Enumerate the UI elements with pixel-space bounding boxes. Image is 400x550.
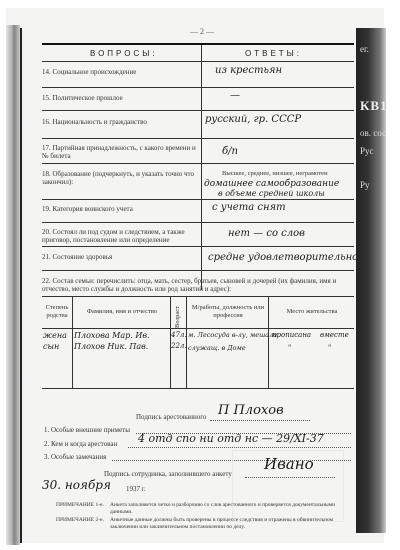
row-divider <box>42 110 354 111</box>
answer-21: средне удовлетворительное <box>208 252 364 263</box>
family-name: Плохов Ник. Пав. <box>74 342 148 351</box>
question-15: 15. Политическое прошлое <box>42 94 123 102</box>
question-20: 20. Состоял ли под судом и следствием, а… <box>42 228 197 244</box>
question-17: 17. Партийная принадлежность, с какого в… <box>42 144 197 160</box>
date-day-month: 30. ноября <box>42 478 111 492</box>
col-age: Возраст <box>174 306 181 328</box>
row-divider <box>42 270 354 271</box>
question-18: 18. Образование (подчеркнуть, и указать … <box>42 170 197 186</box>
officer-signature-line <box>245 477 335 478</box>
officer-signature-label: Подпись сотрудника, заполнившего анкету <box>104 470 232 478</box>
signature-line <box>210 420 310 421</box>
question-19: 19. Категория воинского учета <box>42 205 133 213</box>
family-residence: прописана <box>272 331 311 339</box>
family-table-top <box>42 296 354 297</box>
page-number: — 2 — <box>190 27 214 36</box>
row-divider <box>42 246 354 247</box>
binding-line <box>20 28 22 543</box>
question-14: 14. Социальное происхождение <box>42 68 136 76</box>
column-divider <box>268 296 269 388</box>
edge-fragment: ов. сос <box>360 128 386 138</box>
answer-14: из крестьян <box>215 65 282 76</box>
col-name: Фамилия, имя и отчество <box>74 308 170 316</box>
row-divider <box>42 138 354 139</box>
arrest-info: 4 отд спо ни отд нс — 29/XI-37 <box>138 432 324 445</box>
edge-fragment: ег. <box>360 44 369 54</box>
family-work: служащ. в Доме <box>188 344 246 352</box>
family-header-divider <box>42 328 354 329</box>
date-year: 1937 г. <box>126 485 146 493</box>
table-top-border <box>42 43 354 45</box>
col-relation: Степень родства <box>42 304 72 320</box>
note-1-label: ПРИМЕЧАНИЕ 1-е. <box>56 502 104 509</box>
family-residence: " <box>288 344 291 352</box>
family-age: 47л. <box>171 331 187 339</box>
adjacent-page-edge: ег. КВ1 ов. сос Рус Ру <box>356 28 386 533</box>
col-residence: Место жительства <box>270 308 354 316</box>
note-2-text: Анкетные данные должны быть проверены в … <box>110 517 350 531</box>
family-name: Плохова Мар. Ив. <box>74 331 150 340</box>
answer-19: с учета снят <box>212 202 286 213</box>
family-relation: сын <box>43 342 59 351</box>
note-1-text: Анкета заполняется четко и разборчиво со… <box>110 502 350 516</box>
questions-header: ВОПРОСЫ: <box>90 49 158 58</box>
row-divider <box>42 163 354 164</box>
arrested-signature: П Плохов <box>218 403 284 418</box>
question-22: 22. Состав семьи: перечислить: отца, мат… <box>42 277 352 293</box>
column-divider <box>72 296 73 388</box>
officer-signature: Ивано <box>264 455 314 473</box>
answer-18: домашнее самообразование <box>204 179 339 189</box>
question-16: 16. Национальность и гражданство <box>42 118 147 126</box>
answer-15: — <box>230 90 240 101</box>
family-table-bottom <box>42 388 354 389</box>
row-divider <box>42 87 354 88</box>
family-relation: жена <box>43 331 67 340</box>
row-divider <box>42 199 354 200</box>
row-divider <box>42 61 354 62</box>
answer-17: б/п <box>222 146 238 157</box>
question-21: 21. Состояние здоровья <box>42 253 112 261</box>
education-options: Высшее, среднее, низшее, неграмотен <box>222 170 328 177</box>
field-3-label: 3. Особые замечания <box>44 453 106 461</box>
edge-fragment: КВ1 <box>360 98 388 114</box>
arrested-signature-label: Подпись арестованного <box>136 413 206 421</box>
note-2-label: ПРИМЕЧАНИЕ 2-е. <box>56 517 104 524</box>
answers-header: ОТВЕТЫ: <box>245 49 302 58</box>
family-residence-note: вместе <box>320 331 349 339</box>
family-work: м. Лесосуда в-лу, мешала <box>188 331 277 339</box>
field-2-line <box>128 447 351 448</box>
family-residence-note: " <box>328 344 331 352</box>
field-1-label: 1. Особые внешние приметы <box>44 426 130 434</box>
answer-18-line2: в объеме средней школы <box>218 189 325 198</box>
field-2-label: 2. Кем и когда арестован <box>44 440 117 448</box>
column-divider <box>201 45 202 290</box>
answer-20: нет — со слов <box>228 228 305 239</box>
binding-edge <box>6 25 20 545</box>
edge-fragment: Ру <box>360 180 370 190</box>
family-age: 22л. <box>171 342 187 350</box>
answer-16: русский, гр. СССР <box>205 114 301 125</box>
edge-fragment: Рус <box>360 146 374 156</box>
row-divider <box>42 222 354 223</box>
col-work: М/работы, должность или профессия <box>188 304 268 320</box>
